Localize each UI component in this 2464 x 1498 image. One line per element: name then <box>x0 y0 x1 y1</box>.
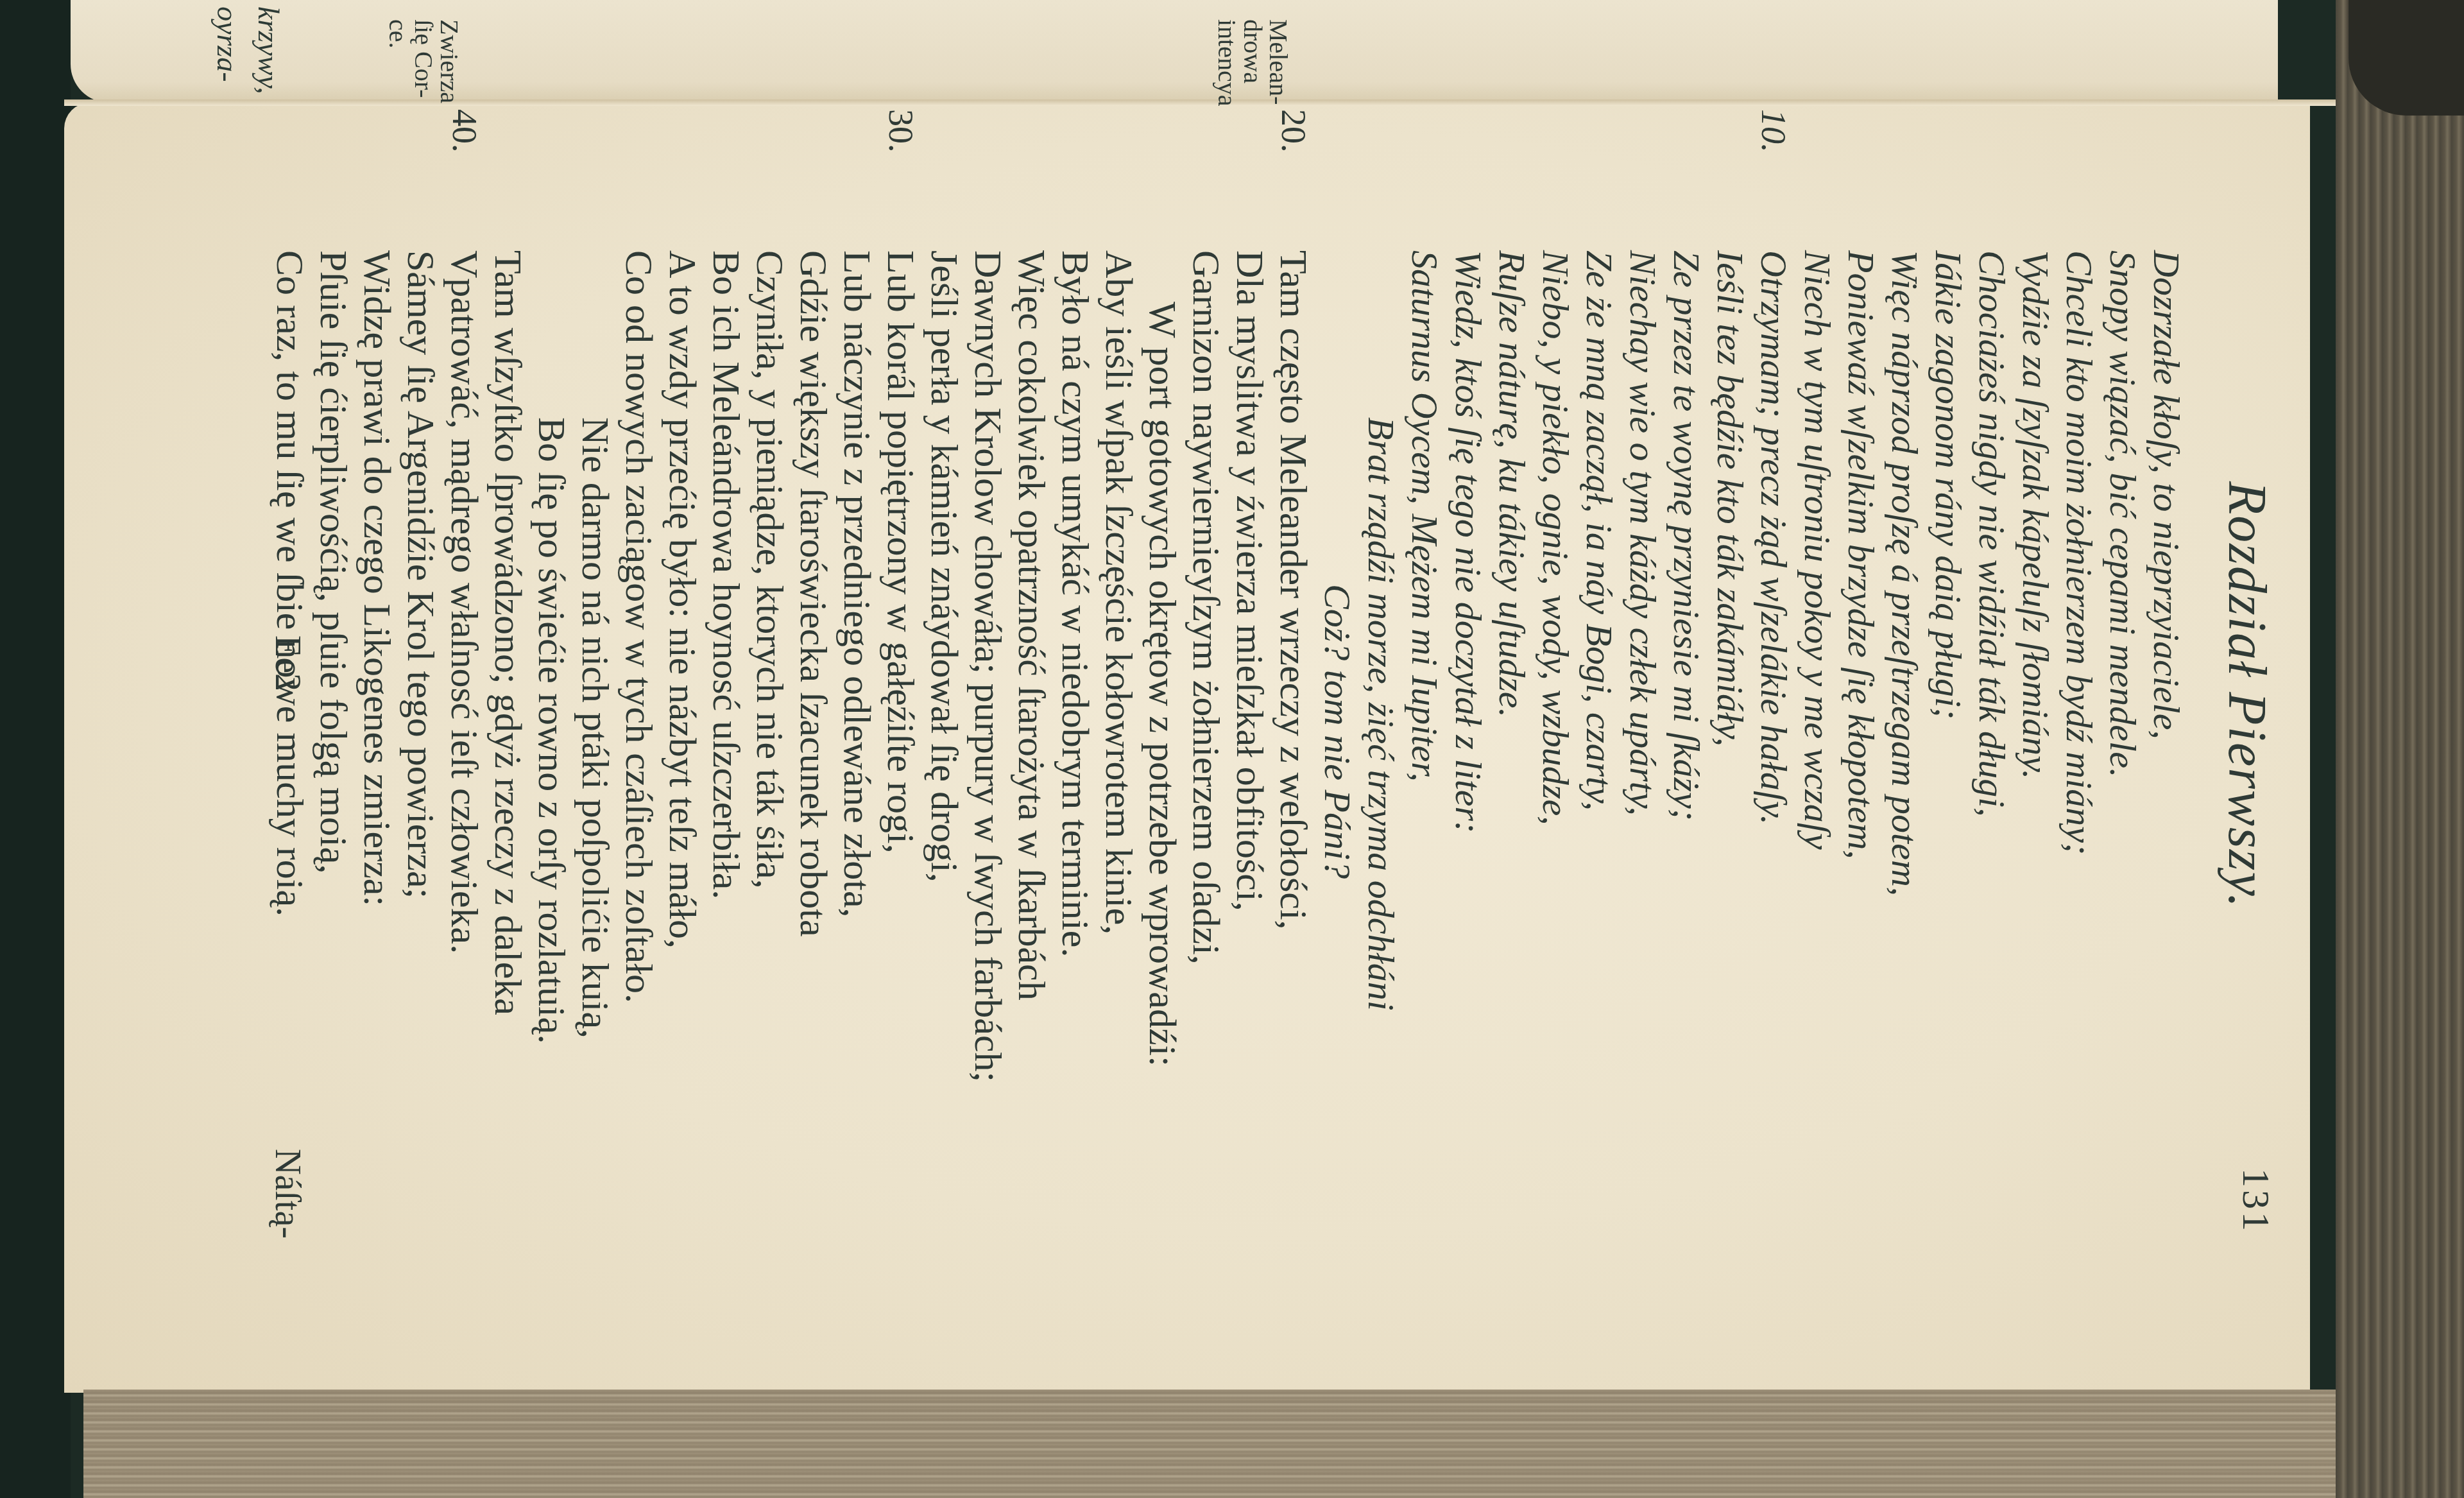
verse-line: Aby ieśli wſpak ſzczęście kołowrotem kin… <box>1097 148 1141 1316</box>
page-header: Rozdział Pierwszy. 131 <box>2207 148 2284 1316</box>
verse-line: Chociażeś nigdy nie widźiał ták długi, <box>1970 148 2014 1316</box>
catchword: Náſtą- <box>267 1149 308 1239</box>
verse-line: Vydźie za ſzyſzak kápeluſz ſłomiány. <box>2014 148 2057 1316</box>
page-body: Dozrzałe kłoſy, to nieprzyiaciele, Snopy… <box>268 148 2188 1316</box>
verse-line: Widzę prawi do czego Likogenes zmierza: <box>355 148 399 1316</box>
verse-line: Nie darmo ná nich ptáki poſpolićie kuią, <box>574 148 617 1316</box>
verse-line: Saturnus Oycem, Mężem mi Iupiter, <box>1403 148 1446 1316</box>
facing-fragment: krzywy, <box>248 6 289 103</box>
verse-line: Lub náczynie z przedniego odlewáne złota… <box>835 148 879 1316</box>
verse-line: Bo ſię po świećie rowno z orſy rozlatuią… <box>530 148 574 1316</box>
verse-line: Dozrzałe kłoſy, to nieprzyiaciele, <box>2144 148 2188 1316</box>
verse-line: Pſuie ſię ćierpliwośćią, pſuie folgą moi… <box>312 148 355 1316</box>
page-number: 131 <box>2234 1168 2278 1234</box>
verse-line: W port gotowych okrętow z potrzebe wprow… <box>1141 148 1185 1316</box>
verse-line: A to wzdy przećię było: nie názbyt teſz … <box>661 148 705 1316</box>
verse-line: Ze że mną zaczął, ia náy Bogi, czarty, <box>1577 148 1621 1316</box>
verse-line: Jeśli perła y kámień znáydował ſię drogi… <box>923 148 966 1316</box>
verse-line: Brat rządźi morze, żięć trzyma odchłáni <box>1359 148 1403 1316</box>
verse-line: Tam wſzyſtko ſprowádzono; gdyż rzeczy z … <box>486 148 530 1316</box>
verse-line: Wiedz, ktoś ſię tego nie doczytał z lite… <box>1446 148 1490 1316</box>
verse-line: Ruſze náturę, ku tákiey uſtudze. <box>1490 148 1534 1316</box>
verse-line: Melean- drowa intencya Dla myslitwa y źw… <box>1228 148 1272 1316</box>
verse-line: 20. Tam często Meleander wrzeczy z weſoł… <box>1272 148 1315 1316</box>
page-block-edge <box>83 1390 2368 1498</box>
line-number: 40. <box>443 109 486 153</box>
verse-line: 30.Lub korál popiętrzony w gałęźiſte rog… <box>879 148 923 1316</box>
verse-line: 10.Otrzymam; precz żąd wſzelákie hałaſy. <box>1752 148 1795 1316</box>
verse-line: Więc cokolwiek opatrzność ſtarożyta w ſk… <box>1010 148 1054 1316</box>
verse-line: Coż? tom nie Páni? <box>1315 148 1359 1316</box>
line-number: 30. <box>879 109 923 153</box>
page-footer: Ee2 Náſtą- <box>244 148 308 1316</box>
verse-line: Było ná czym umykáć w niedobrym terminie… <box>1054 148 1097 1316</box>
verse-line: Niebo, y piekło, ognie, wody, wzbudze, <box>1534 148 1577 1316</box>
verse-line: Czyniła, y pieniądze, ktorych nie ták śi… <box>748 148 792 1316</box>
facing-fragment: oyrza- <box>207 6 248 103</box>
margin-note: Zwierza ſię Cor- ce. <box>385 19 462 103</box>
book-binding <box>2336 0 2464 1498</box>
verse-line: Co od nowych zaciągow w tych czáſiech zo… <box>617 148 661 1316</box>
verse-line: Iákie zagonom rány daią pługi; <box>1926 148 1970 1316</box>
background-dark <box>0 0 71 1498</box>
verse-line: Poniewaź wſzelkim brzydze ſię kłopotem, <box>1839 148 1883 1316</box>
verse-line: Dawnych Krolow chowáła; purpury w ſwych … <box>966 148 1010 1316</box>
margin-note: Melean- drowa intencya <box>1214 19 1291 107</box>
verse-line: Garnizon naywiernieyſzym żołnierzem oſad… <box>1185 148 1228 1316</box>
verse-line: Bo ich Meleándrowa hoynosć uſzczerbiła. <box>705 148 748 1316</box>
line-number: 20. <box>1272 109 1315 153</box>
verse-line: Ze przez te woynę przyniesie mi ſkáży; <box>1664 148 1708 1316</box>
binding-headcap <box>2348 0 2464 116</box>
verse-line: Gdźie większy ſtaroświecka ſzacunek robo… <box>792 148 835 1316</box>
verse-line: Chceli kto moim żołnierzem bydź miány; <box>2057 148 2101 1316</box>
verse-line: Niech w tym uſtroniu pokoy y me wczaſy <box>1795 148 1839 1316</box>
running-title: Rozdział Pierwszy. <box>2216 481 2278 909</box>
verse-line: Niechay wie o tym káżdy człek upárty, <box>1621 148 1664 1316</box>
verse-line: 40. Vpatrowáć, mądrego właſnosć ieſt czł… <box>443 148 486 1316</box>
verse-line: Ieśli tez będźie kto ták zakámiáły, <box>1708 148 1752 1316</box>
line-number: 10. <box>1752 109 1795 153</box>
signature-mark: Ee2 <box>267 635 308 691</box>
verse-line: Snopy wiązać, bić cepami mendele. <box>2101 148 2144 1316</box>
verse-line: Więc náprzod proſzę á przeſtrzegam potem… <box>1883 148 1926 1316</box>
verse-line: Zwierza ſię Cor- ce. Sámey ſię Argenidźi… <box>399 148 443 1316</box>
facing-page-text: krzywy, oyrza- <box>199 6 289 103</box>
page-text-frame: Rozdział Pierwszy. 131 Dozrzałe kłoſy, t… <box>193 148 2284 1316</box>
